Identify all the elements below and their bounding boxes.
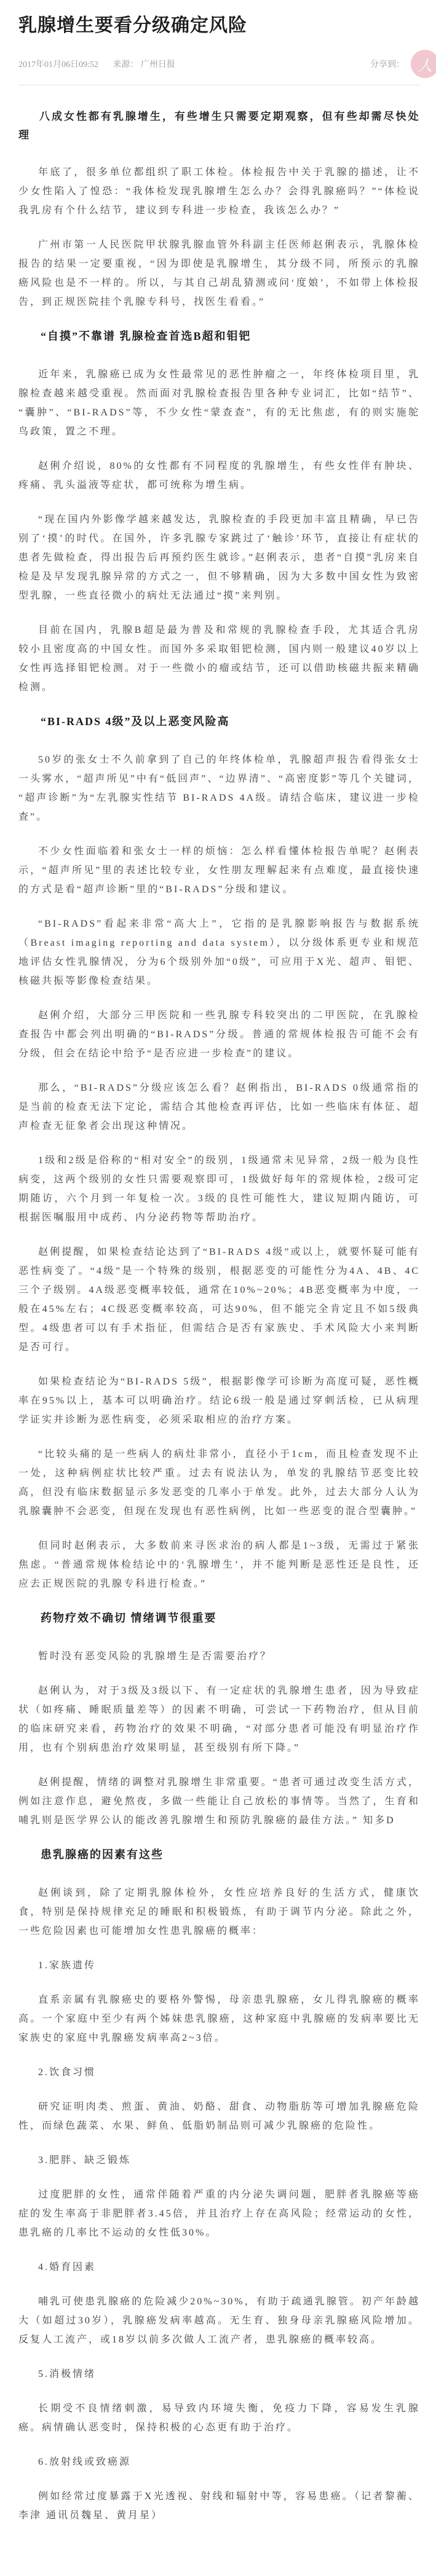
page-title: 乳腺增生要看分级确定风险 (18, 14, 420, 37)
source-name[interactable]: 广州日报 (141, 60, 175, 69)
article-paragraph: 赵俐提醒，情绪的调整对乳腺增生非常重要。“患者可通过改变生活方式，例如注意作息，… (18, 1773, 420, 1830)
article-lead: 八成女性都有乳腺增生，有些增生只需要定期观察，但有些却需尽快处理 (18, 108, 420, 144)
article-paragraph: 但同时赵俐表示，大多数前来寻医求治的病人都是1~3级，无需过于紧张焦虑。“普通常… (18, 1536, 420, 1593)
share-bar: 分享到： 人 (370, 50, 420, 78)
article-paragraph: 年底了，很多单位都组织了职工体检。体检报告中关于乳腺的描述，让不少女性陷入了惶恐… (18, 163, 420, 220)
article-paragraph: “比较头痛的是一些病人的病灶非常小，直径小于1cm，而且检查发现不止一处，这种病… (18, 1445, 420, 1521)
meta-left: 2017年01月06日09:52 来源： 广州日报 (18, 58, 175, 70)
article-paragraph: 直系亲属有乳腺癌史的要格外警惕，母亲患乳腺癌，女儿得乳腺癌的概率高。一个家庭中至… (18, 1990, 420, 2048)
article-body: 八成女性都有乳腺增生，有些增生只需要定期观察，但有些却需尽快处理年底了，很多单位… (18, 108, 420, 2525)
article-paragraph: 50岁的张女士不久前拿到了自己的年终体检单，乳腺超声报告看得张女士一头雾水，“超… (18, 750, 420, 827)
section-heading: 患乳腺癌的因素有这些 (18, 1845, 420, 1864)
share-weibo-button[interactable]: 人 (411, 50, 436, 78)
article-paragraph: 例如经常过度暴露于X光透视、射线和辐射中等，容易患癌。（记者黎蘅、李津 通讯员魏… (18, 2487, 420, 2525)
article-paragraph: 过度肥胖的女性，通常伴随着严重的内分泌失调问题，肥胖者乳腺癌等癌症的发生率高于非… (18, 2185, 420, 2242)
article-paragraph: 长期受不良情绪刺激，易导致内环境失衡，免疫力下降，容易发生乳腺癌。病情确认恶变时… (18, 2399, 420, 2437)
article-paragraph: 5.消极情绪 (18, 2365, 420, 2384)
divider (18, 85, 420, 85)
article-paragraph: “现在国内外影像学越来越发达，乳腺检查的手段更加丰富且精确，早已告别了‘摸’的时… (18, 510, 420, 605)
article-paragraph: 研究证明肉类、煎蛋、黄油、奶酪、甜食、动物脂肪等可增加乳腺癌危险性，而绿色蔬菜、… (18, 2097, 420, 2135)
article-paragraph: 哺乳可使患乳腺癌的危险减少20%~30%，有助于疏通乳腺管。初产年龄越大（如超过… (18, 2292, 420, 2349)
article-paragraph: 赵俐介绍，大部分三甲医院和一些乳腺专科较突出的二甲医院，在乳腺检查报告中都会列出… (18, 1006, 420, 1063)
article-paragraph: 如果检查结论为“BI-RADS 5级”，根据影像学可诊断为高度可疑，恶性概率在9… (18, 1372, 420, 1429)
article-paragraph: 广州市第一人民医院甲状腺乳腺血管外科副主任医师赵俐表示，乳腺体检报告的结果一定要… (18, 235, 420, 312)
section-heading: “自摸”不靠谱 乳腺检查首选B超和钼钯 (18, 327, 420, 345)
article-paragraph: 暂时没有恶变风险的乳腺增生是否需要治疗？ (18, 1647, 420, 1666)
source-label: 来源： (113, 60, 138, 69)
article-paragraph: 4.婚育因素 (18, 2258, 420, 2277)
article-paragraph: 2.饮食习惯 (18, 2063, 420, 2082)
person-icon: 人 (418, 53, 432, 75)
article-paragraph: 那么，“BI-RADS”分级应该怎么看？赵俐指出，BI-RADS 0级通常指的是… (18, 1078, 420, 1136)
article-paragraph: 不少女性面临着和张女士一样的烦恼：怎么样看懂体检报告单呢？赵俐表示，“超声所见”… (18, 842, 420, 899)
section-heading: 药物疗效不确切 情绪调节很重要 (18, 1609, 420, 1627)
article-paragraph: 6.放射线或致癌源 (18, 2452, 420, 2472)
article-paragraph: 赵俐提醒，如果检查结论达到了“BI-RADS 4级”或以上，就要怀疑可能有恶性病… (18, 1243, 420, 1357)
article-paragraph: “BI-RADS”看起来非常“高大上”，它指的是乳腺影响报告与数据系统（Brea… (18, 914, 420, 991)
article-paragraph: 1.家族遗传 (18, 1956, 420, 1975)
article-paragraph: 赵俐认为，对于3级及3级以下、有一定症状的乳腺增生患者，因为导致症状（如疼痛、睡… (18, 1681, 420, 1757)
article-paragraph: 赵俐介绍说，80%的女性都有不同程度的乳腺增生，有些女性伴有肿块、疼痛、乳头溢液… (18, 457, 420, 495)
article-paragraph: 1级和2级是俗称的“相对安全”的级别，1级通常未见异常，2级一般为良性病变，这两… (18, 1151, 420, 1227)
article-paragraph: 赵俐谈到，除了定期乳腺体检外，女性应培养良好的生活方式，健康饮食，特别是保持规律… (18, 1883, 420, 1941)
article-page: 乳腺增生要看分级确定风险 2017年01月06日09:52 来源： 广州日报 分… (0, 0, 436, 2576)
publish-date: 2017年01月06日09:52 (18, 60, 98, 69)
article-paragraph: 近年来，乳腺癌已成为女性最常见的恶性肿瘤之一，年终体检项目里，乳腺检查越来越受重… (18, 365, 420, 441)
meta-row: 2017年01月06日09:52 来源： 广州日报 分享到： 人 (18, 50, 420, 78)
article-paragraph: 3.肥胖、缺乏锻炼 (18, 2151, 420, 2170)
article-paragraph: 目前在国内，乳腺B超是最为普及和常规的乳腺检查手段，尤其适合乳房较小且密度高的中… (18, 621, 420, 697)
share-label: 分享到： (370, 58, 405, 70)
section-heading: “BI-RADS 4级”及以上恶变风险高 (18, 712, 420, 731)
